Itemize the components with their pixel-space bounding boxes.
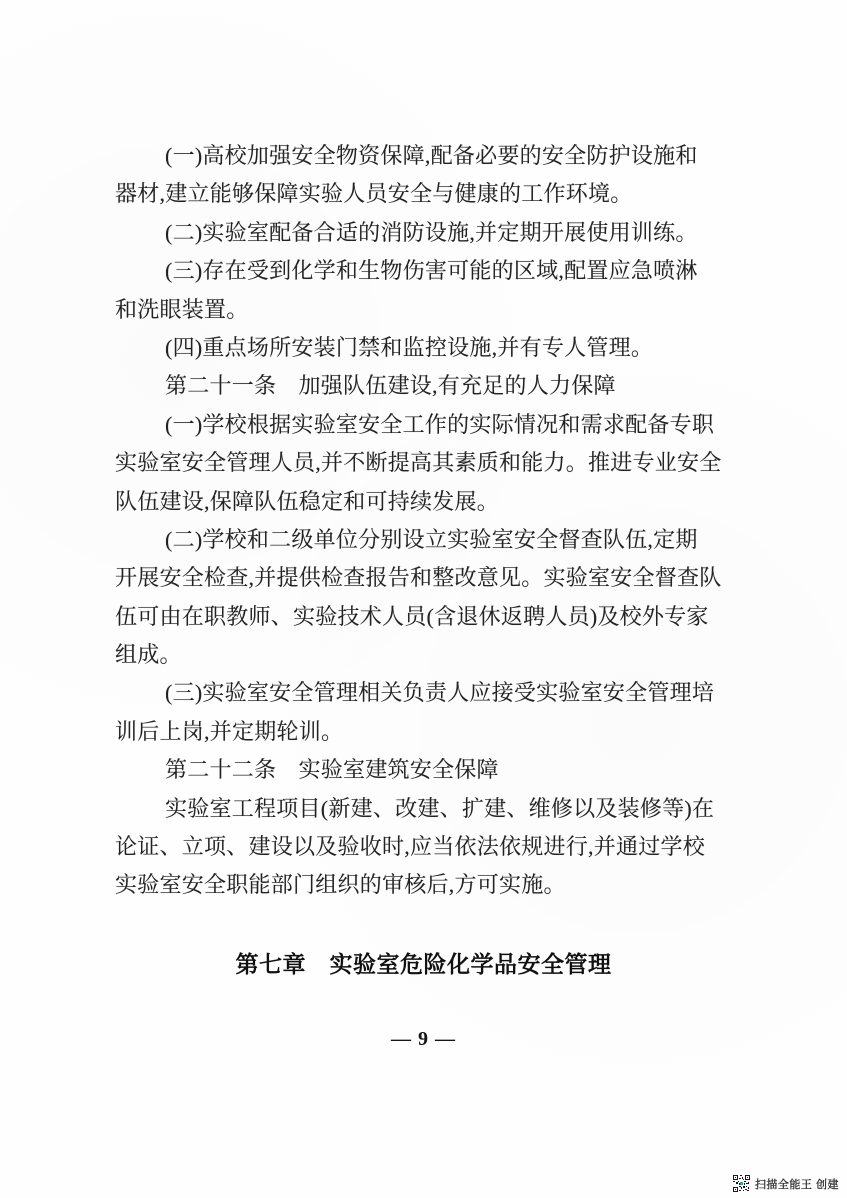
document-line: 训后上岗,并定期轮训。 <box>115 713 749 751</box>
qr-code-icon <box>733 1175 750 1192</box>
article-22-heading-line: 第二十二条 实验室建筑安全保障 <box>115 751 749 789</box>
document-line: 器材,建立能够保障实验人员安全与健康的工作环境。 <box>115 175 749 213</box>
scanner-watermark: 扫描全能王 创建 <box>733 1175 839 1192</box>
document-line: 队伍建设,保障队伍稳定和可持续发展。 <box>115 483 749 521</box>
article-21-heading-line: 第二十一条 加强队伍建设,有充足的人力保障 <box>115 367 749 405</box>
document-line: 实验室工程项目(新建、改建、扩建、维修以及装修等)在 <box>115 790 749 828</box>
document-line: 论证、立项、建设以及验收时,应当依法依规进行,并通过学校 <box>115 828 749 866</box>
document-line: 开展安全检查,并提供检查报告和整改意见。实验室安全督查队 <box>115 559 749 597</box>
document-line: (二)实验室配备合适的消防设施,并定期开展使用训练。 <box>115 214 749 252</box>
chapter-7-heading: 第七章 实验室危险化学品安全管理 <box>0 946 847 979</box>
document-line: (三)实验室安全管理相关负责人应接受实验室安全管理培 <box>115 674 749 712</box>
document-body: (一)高校加强安全物资保障,配备必要的安全防护设施和 器材,建立能够保障实验人员… <box>115 137 749 905</box>
document-line: (三)存在受到化学和生物伤害可能的区域,配置应急喷淋 <box>115 252 749 290</box>
document-line: (一)高校加强安全物资保障,配备必要的安全防护设施和 <box>115 137 749 175</box>
document-line: (一)学校根据实验室安全工作的实际情况和需求配备专职 <box>115 406 749 444</box>
document-line: 实验室安全职能部门组织的审核后,方可实施。 <box>115 866 749 904</box>
document-line: 组成。 <box>115 636 749 674</box>
document-page: (一)高校加强安全物资保障,配备必要的安全防护设施和 器材,建立能够保障实验人员… <box>0 0 847 1198</box>
page-number: — 9 — <box>0 1028 847 1051</box>
document-line: 实验室安全管理人员,并不断提高其素质和能力。推进专业安全 <box>115 444 749 482</box>
scanner-watermark-label: 扫描全能王 创建 <box>755 1176 839 1192</box>
document-line: 伍可由在职教师、实验技术人员(含退休返聘人员)及校外专家 <box>115 598 749 636</box>
document-line: 和洗眼装置。 <box>115 291 749 329</box>
document-line: (四)重点场所安装门禁和监控设施,并有专人管理。 <box>115 329 749 367</box>
document-line: (二)学校和二级单位分别设立实验室安全督查队伍,定期 <box>115 521 749 559</box>
